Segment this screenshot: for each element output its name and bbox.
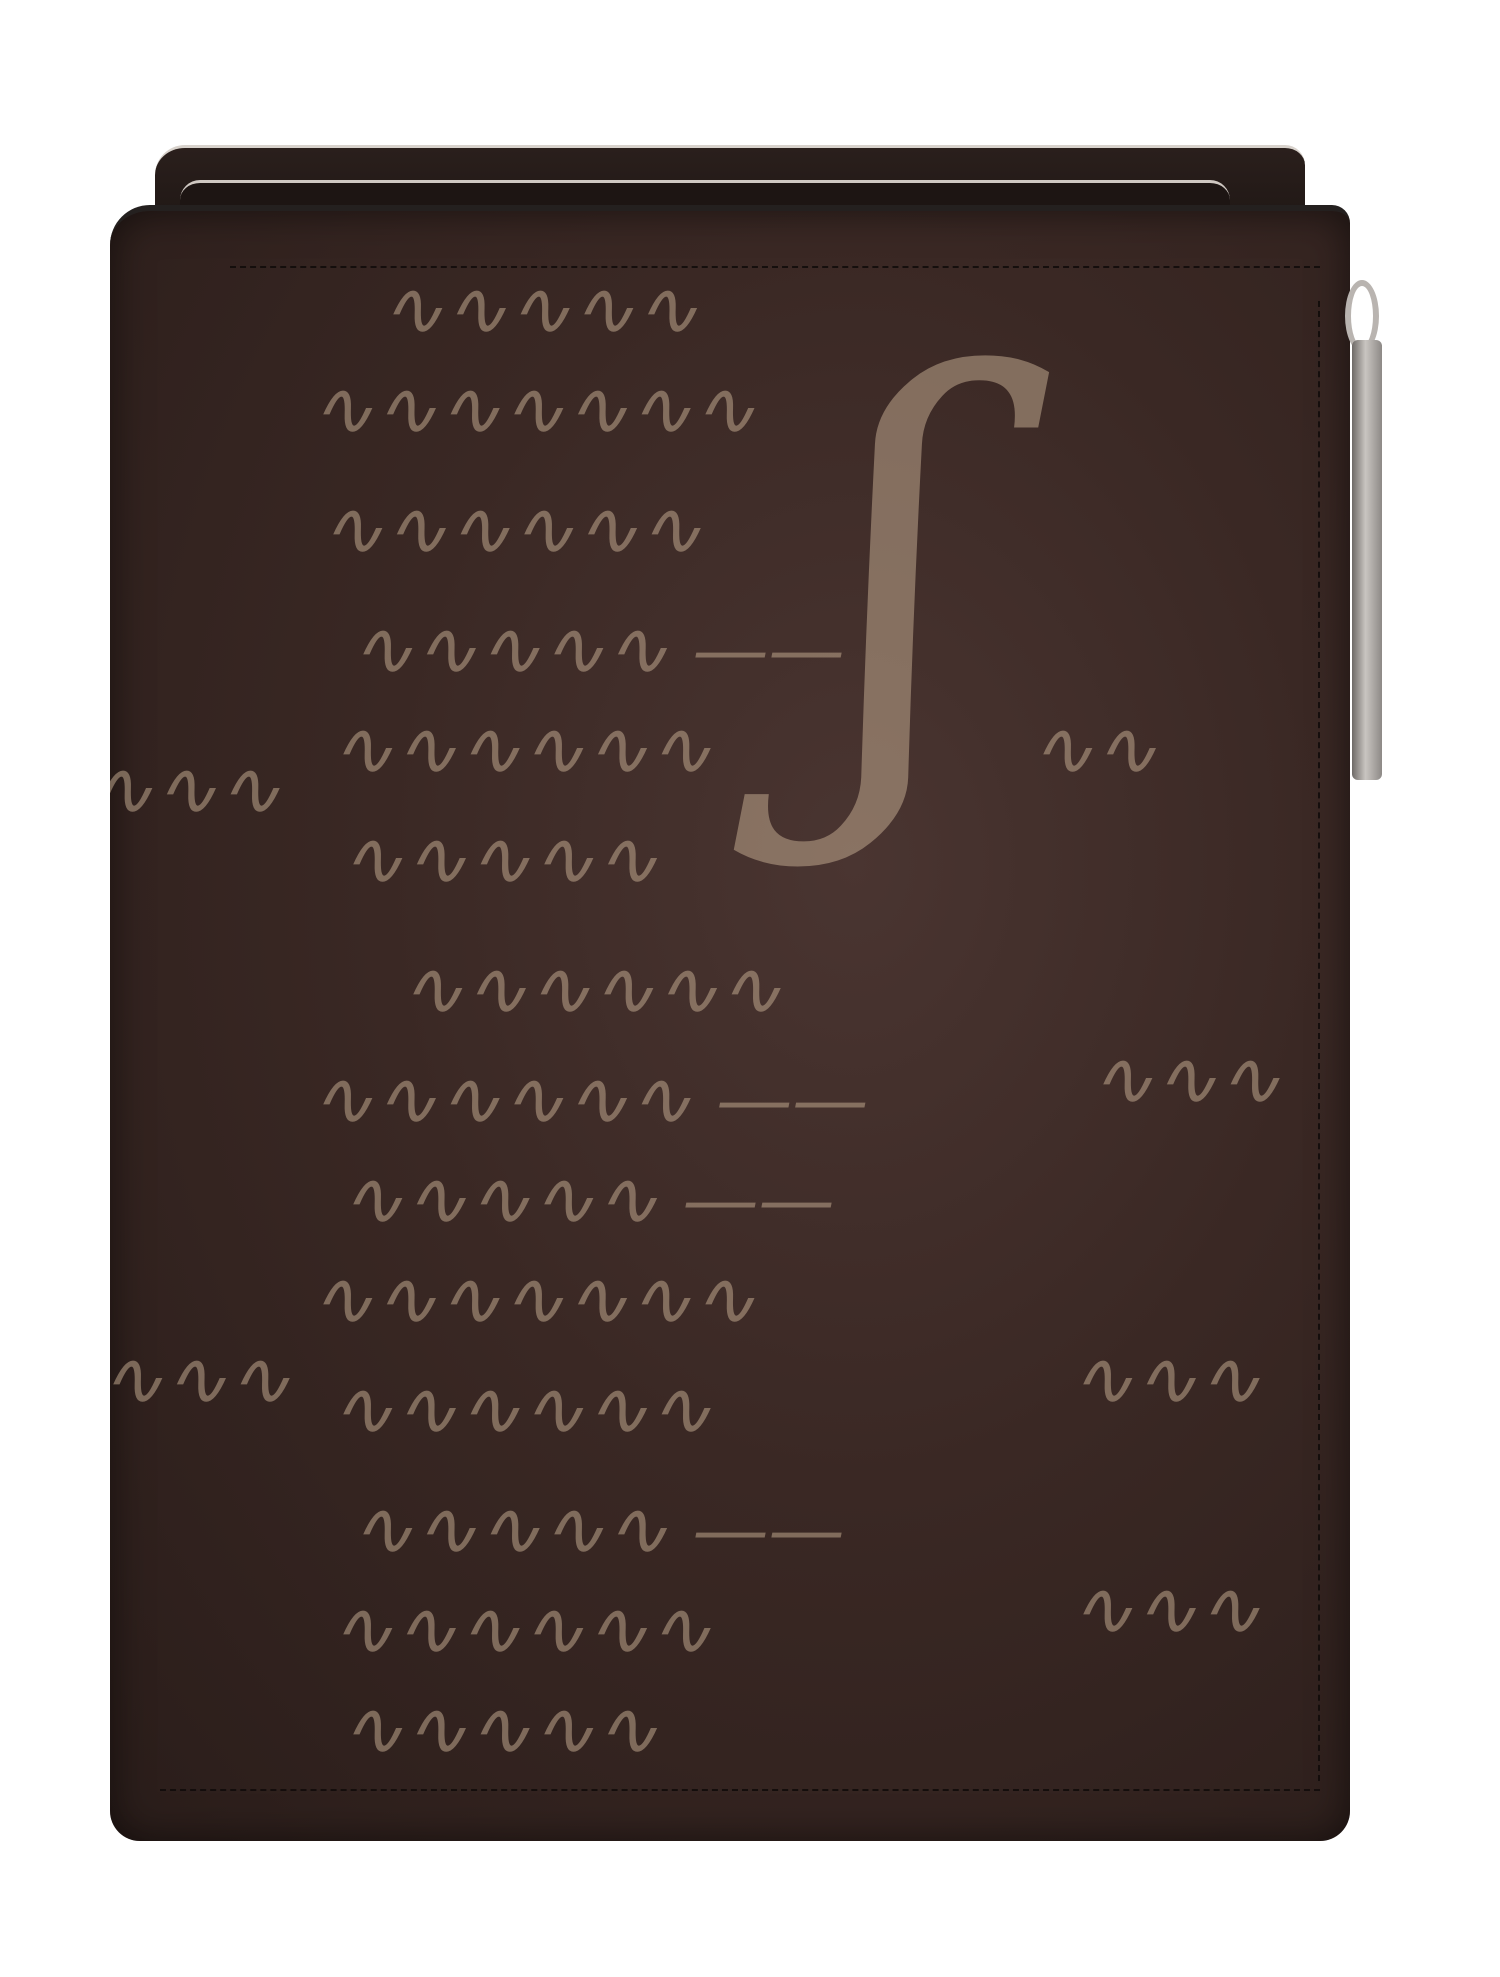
wallet: ∿∿∿∿∿ ∿∿∿∿∿∿∿ ∿∿∿∿∿∿ ∿∿∿∿∿ —— ∿∿∿∿∿∿ ∿∿∿… (110, 205, 1350, 1841)
zipper-pull-tab (1352, 340, 1382, 780)
engraved-calligraphy-pattern: ∿∿∿∿∿ ∿∿∿∿∿∿∿ ∿∿∿∿∿∿ ∿∿∿∿∿ —— ∿∿∿∿∿∿ ∿∿∿… (110, 211, 1350, 1841)
